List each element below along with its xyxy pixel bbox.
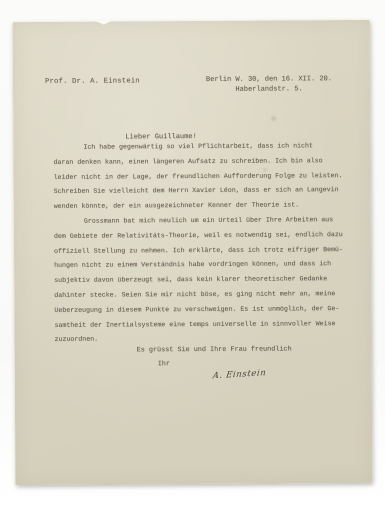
sender-name: Prof. Dr. A. Einstein [45, 77, 140, 86]
paper-edge-notch [95, 20, 113, 24]
letter-body: Ich habe gegenwärtig so viel Pflichtarbe… [53, 139, 352, 348]
body-line: Ueberzeugung in diesem Punkte zu verschw… [54, 302, 352, 319]
signature: A. Einstein [212, 368, 267, 381]
body-line: dem Gebiete der Relativitäts-Theorie, we… [54, 228, 352, 245]
date-line: Berlin W. 30, den 16. XII. 20. [202, 75, 336, 84]
body-line: Grossmann bat mich neulich um ein Urteil… [54, 213, 352, 230]
address-line: Haberlandstr. 5. [202, 86, 336, 95]
letter-paper: Prof. Dr. A. Einstein Berlin W. 30, den … [13, 20, 373, 485]
paper-speck [271, 116, 276, 120]
body-line: dahinter stecke. Seien Sie mir nicht bös… [54, 287, 352, 304]
body-line: samtheit der Inertialsysteme eine temps … [54, 317, 352, 334]
valediction: Ihr [158, 360, 170, 368]
letterhead-right: Berlin W. 30, den 16. XII. 20. Haberland… [202, 75, 336, 94]
photo-background: Prof. Dr. A. Einstein Berlin W. 30, den … [0, 0, 385, 506]
body-line: Schreiben Sie vielleicht dem Herrn Xavie… [54, 183, 352, 200]
body-line: Ich habe gegenwärtig so viel Pflichtarbe… [53, 139, 351, 156]
closing-line: Es grüsst Sie und Ihre Frau freundlich [137, 345, 292, 354]
body-line: daran denken kann, einen längeren Aufsat… [53, 154, 351, 171]
